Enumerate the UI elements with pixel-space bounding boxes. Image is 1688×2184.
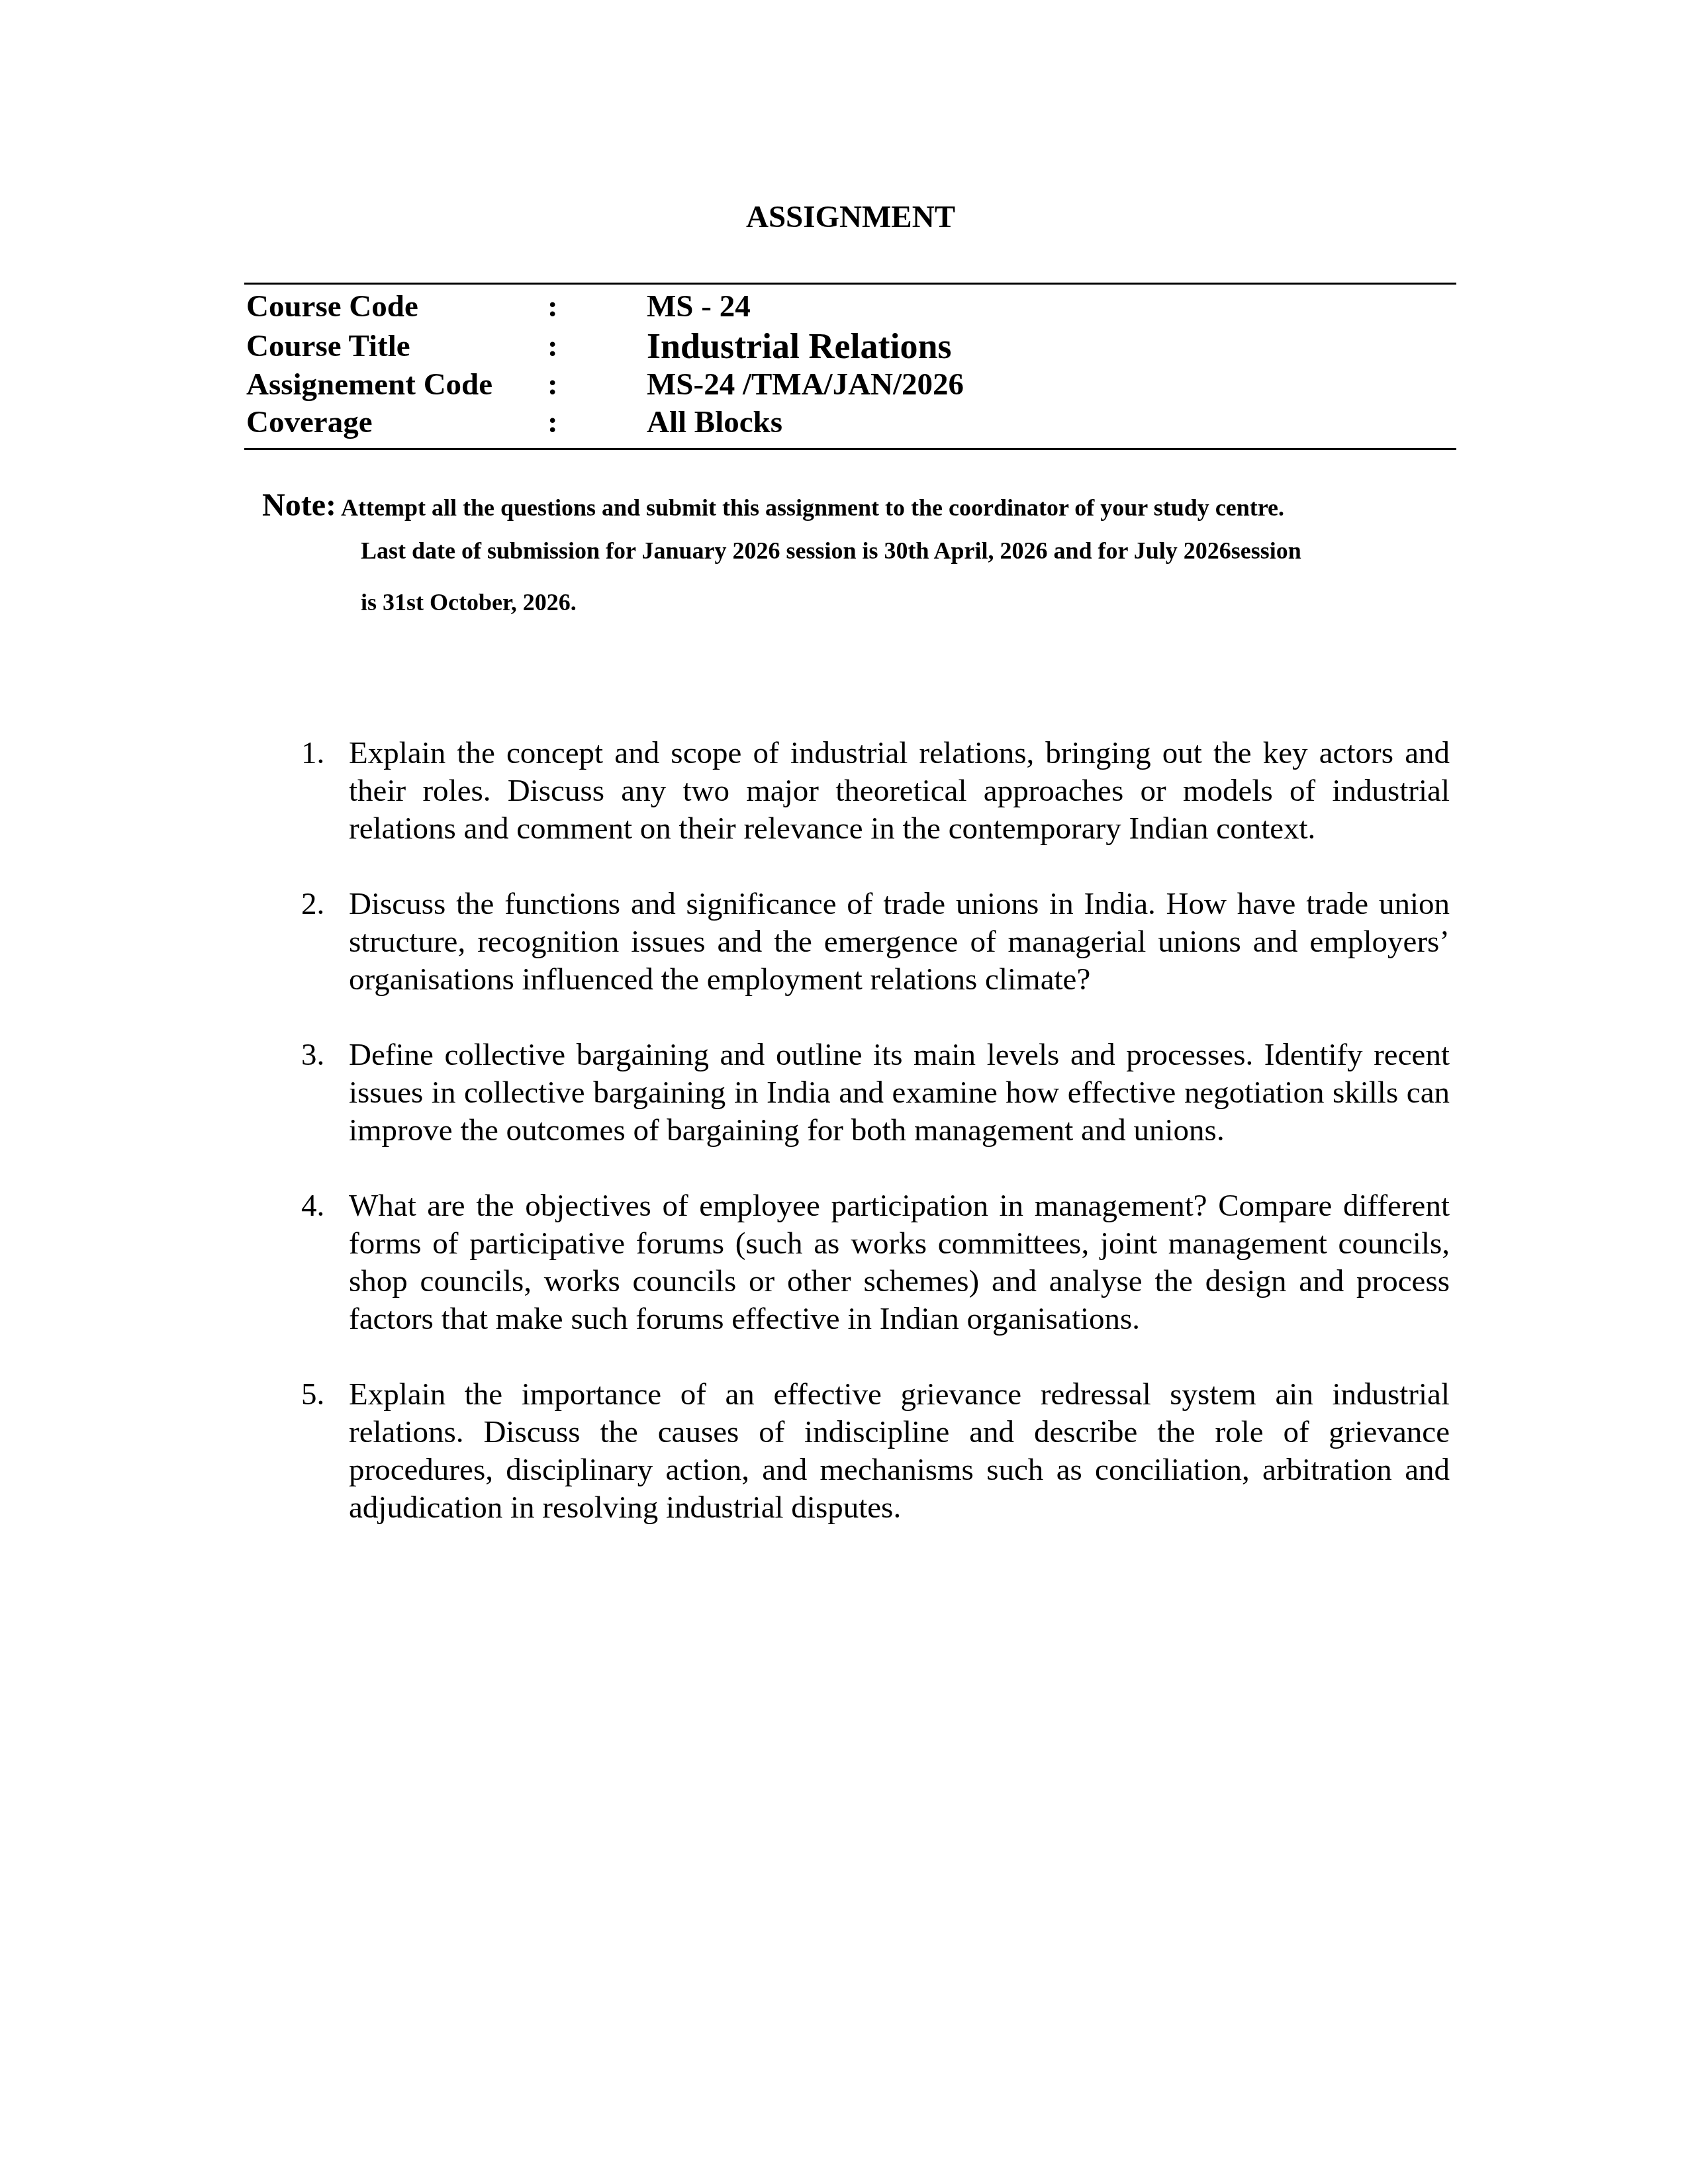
header-bottom-rule	[244, 448, 1456, 450]
question-number: 4.	[301, 1187, 324, 1225]
question-number: 2.	[301, 886, 324, 923]
course-code-row: Course Code : MS - 24	[246, 287, 1451, 326]
note-text-1: Attempt all the questions and submit thi…	[341, 494, 1284, 521]
coverage-label: Coverage	[246, 403, 373, 441]
course-title-row: Course Title : Industrial Relations	[246, 327, 1451, 365]
question-text: Define collective bargaining and outline…	[349, 1036, 1450, 1150]
note-line-1: Note: Attempt all the questions and subm…	[262, 491, 1284, 522]
course-code-value: MS - 24	[647, 287, 751, 326]
question-text: Explain the concept and scope of industr…	[349, 735, 1450, 848]
coverage-value: All Blocks	[647, 403, 782, 441]
note-line-3: is 31st October, 2026.	[361, 588, 577, 617]
header-top-rule	[244, 283, 1456, 285]
note-label: Note:	[262, 488, 336, 523]
question-number: 3.	[301, 1036, 324, 1074]
question-number: 5.	[301, 1376, 324, 1414]
question-item: 4. What are the objectives of employee p…	[301, 1187, 1450, 1338]
question-item: 2. Discuss the functions and significanc…	[301, 886, 1450, 999]
course-title-separator: :	[547, 327, 558, 365]
assignment-code-label: Assignement Code	[246, 365, 492, 404]
question-item: 3. Define collective bargaining and outl…	[301, 1036, 1450, 1150]
document-title: ASSIGNMENT	[0, 199, 1688, 236]
course-code-label: Course Code	[246, 287, 418, 326]
question-item: 5. Explain the importance of an effectiv…	[301, 1376, 1450, 1527]
assignment-code-separator: :	[547, 365, 558, 404]
course-title-label: Course Title	[246, 327, 410, 365]
question-number: 1.	[301, 735, 324, 772]
question-text: What are the objectives of employee part…	[349, 1187, 1450, 1338]
question-text: Discuss the functions and significance o…	[349, 886, 1450, 999]
coverage-separator: :	[547, 403, 558, 441]
course-title-value: Industrial Relations	[647, 327, 952, 365]
course-code-separator: :	[547, 287, 558, 326]
question-item: 1. Explain the concept and scope of indu…	[301, 735, 1450, 848]
assignment-code-value: MS-24 /TMA/JAN/2026	[647, 365, 964, 404]
question-text: Explain the importance of an effective g…	[349, 1376, 1450, 1527]
assignment-code-row: Assignement Code : MS-24 /TMA/JAN/2026	[246, 365, 1451, 404]
coverage-row: Coverage : All Blocks	[246, 403, 1451, 441]
note-line-2: Last date of submission for January 2026…	[361, 536, 1301, 565]
question-list: 1. Explain the concept and scope of indu…	[301, 735, 1450, 1565]
